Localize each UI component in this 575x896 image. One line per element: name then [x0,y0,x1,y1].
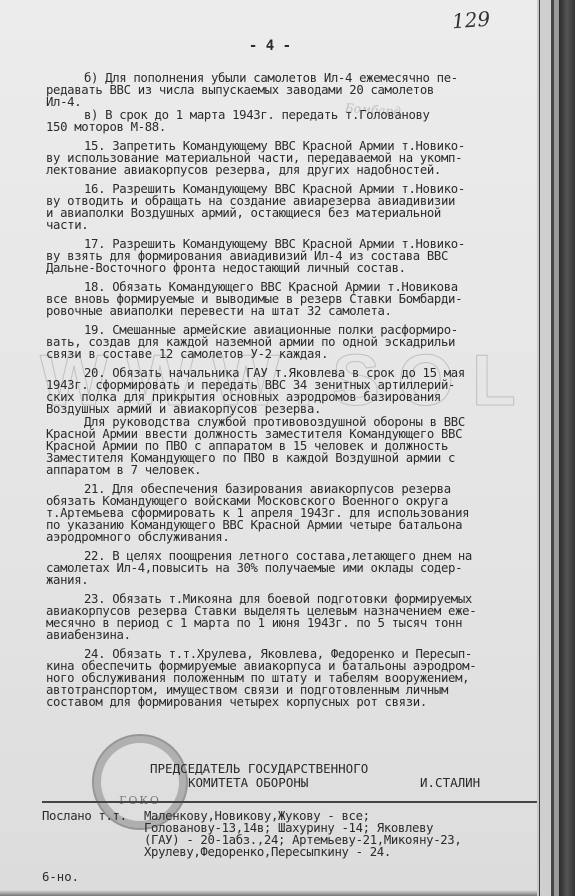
binding-edge [537,0,575,896]
divider-rule [42,801,537,803]
paragraph-23: 23. Обязать т.Микояна для боевой подгото… [46,593,536,641]
text-line: авиабензина. [46,629,536,641]
text-line: Дальне-Восточного фронта недостающий лич… [46,262,536,274]
text-line: 150 моторов М-88. [46,121,536,133]
text-line: Воздушных армий и авиакорпусов резерва. [46,403,536,415]
text-line: редавать ВВС из числа выпускаемых завода… [46,84,536,96]
document-body: б) Для пополнения убыли самолетов Ил-4 е… [46,72,536,715]
signature-title-line1: ПРЕДСЕДАТЕЛЬ ГОСУДАРСТВЕННОГО [150,762,368,776]
signature-title-line2: КОМИТЕТА ОБОРОНЫ [150,776,368,790]
paragraph-20: 20. Обязать начальника ГАУ т.Яковлева в … [46,367,536,415]
paragraph-v: в) В срок до 1 марта 1943г. передать т.Г… [46,109,536,133]
folio-number: 129 [451,7,491,34]
text-line: и авиаполки Воздушных армий, остающиеся … [46,207,536,219]
footer-note: 6-но. [42,870,79,884]
paragraph-17: 17. Разрешить Командующему ВВС Красной А… [46,238,536,274]
paragraph-16: 16. Разрешить Командующему ВВС Красной А… [46,183,536,231]
paragraph-b: б) Для пополнения убыли самолетов Ил-4 е… [46,72,536,108]
page-number: - 4 - [0,38,540,54]
text-line: составом для формирования четырех корпус… [46,696,536,708]
signature-block: ПРЕДСЕДАТЕЛЬ ГОСУДАРСТВЕННОГО КОМИТЕТА О… [150,762,368,790]
text-line: лектование авиакорпусов резерва, для дру… [46,164,536,176]
paragraph-24: 24. Обязать т.т.Хрулева, Яковлева, Федор… [46,648,536,708]
paragraph-18: 18. Обязать Командующего ВВС Красной Арм… [46,281,536,317]
text-line: жания. [46,574,536,586]
text-line: аэродромного обслуживания. [46,531,536,543]
paragraph-21: 21. Для обеспечения базирования авиакорп… [46,483,536,543]
text-line: Ил-4. [46,96,536,108]
paragraph-19: 19. Смешанные армейские авиационные полк… [46,324,536,360]
text-line: ровочные авиаполки перевести на штат 32 … [46,305,536,317]
document-page: 129 - 4 - Бомбард. WWW.SOLDAT.RU б) Для … [0,0,540,896]
distribution-list: Послано т.т. Маленкову,Новикову,Жукову -… [42,810,70,858]
text-line: аппаратом в 7 человек. [46,464,536,476]
paragraph-20-2: Для руководства службой противовоздушной… [46,416,536,476]
signatory-name: И.СТАЛИН [420,776,480,790]
paragraph-15: 15. Запретить Командующему ВВС Красной А… [46,140,536,176]
page-edge-shadow [0,890,540,896]
recipient-line: Хрулеву,Федоренко,Пересыпкину - 24. [144,846,461,858]
distribution-recipients: Маленкову,Новикову,Жукову - все;Головано… [144,810,461,858]
text-line: части. [46,219,536,231]
text-line: самолетах Ил-4,повысить на 30% получаемы… [46,562,536,574]
paragraph-22: 22. В целях поощрения летного состава,ле… [46,550,536,586]
text-line: связи в составе 12 самолетов У-2 каждая. [46,348,536,360]
distribution-label: Послано т.т. [42,810,127,822]
